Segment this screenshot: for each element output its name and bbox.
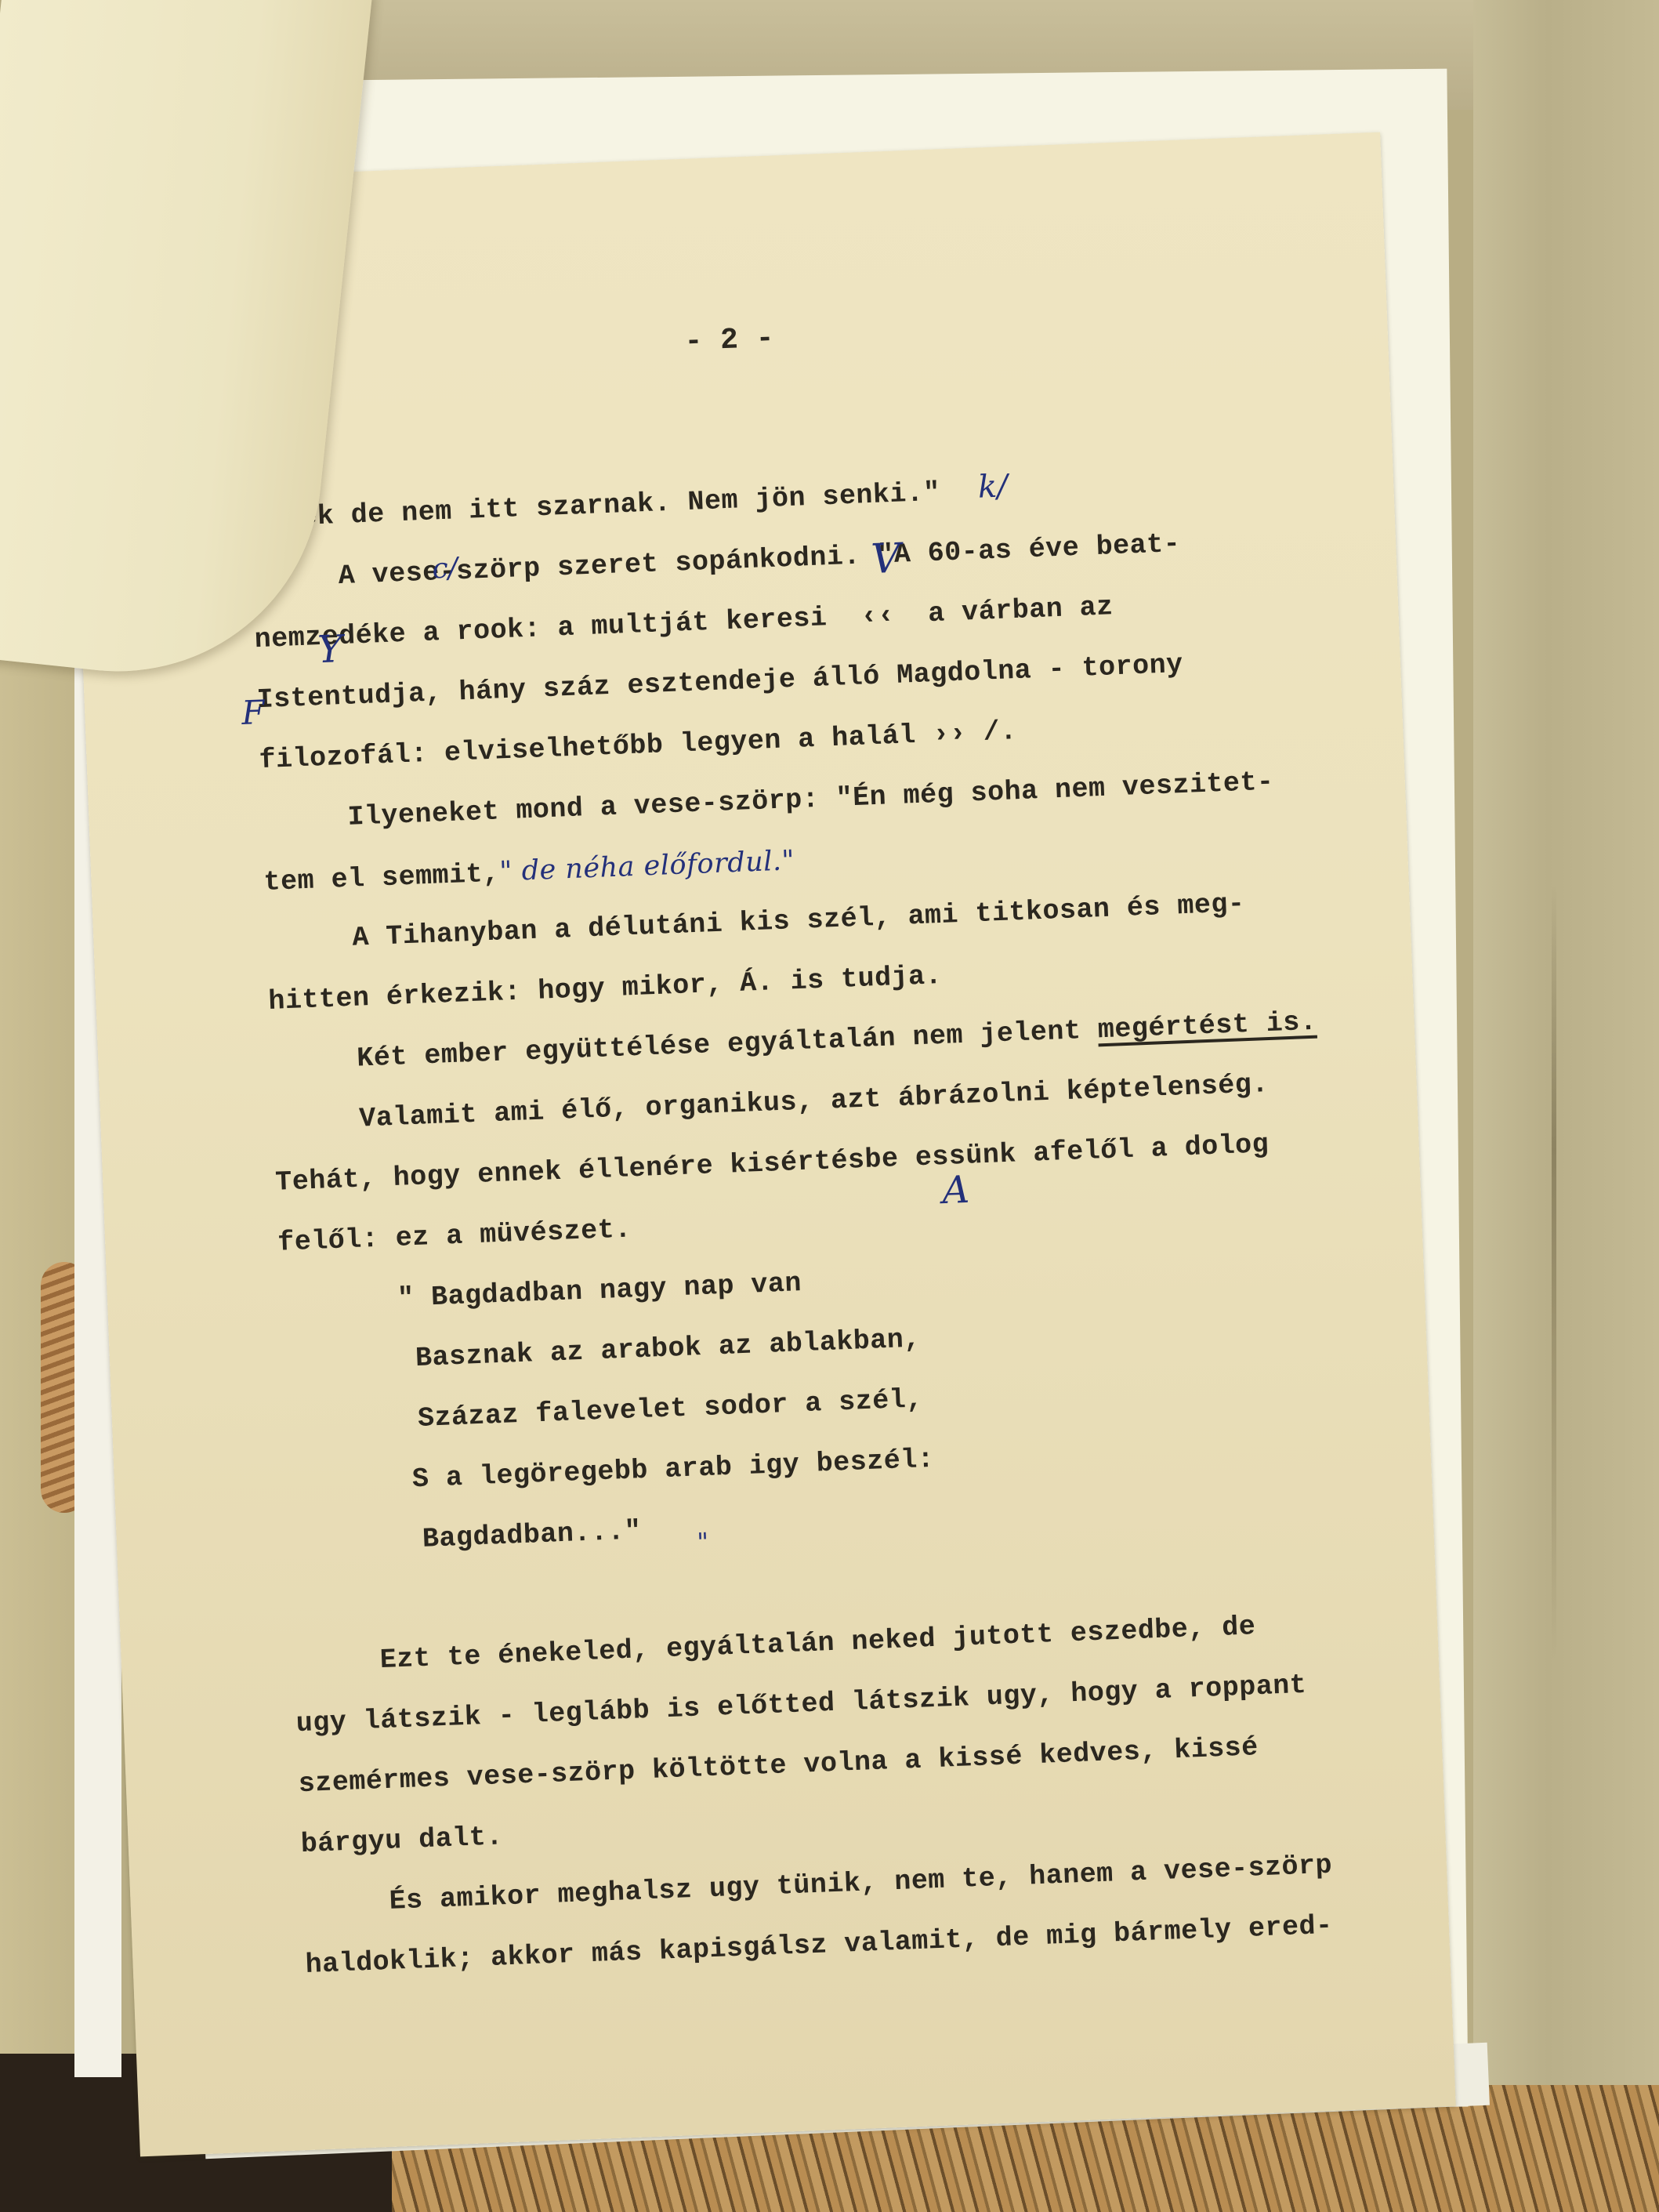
correction-mark-y: Y [317,627,343,672]
typed-text: tem el semmit, [263,858,500,899]
correction-mark-f: F [241,693,265,732]
closing-quote-mark: " [697,1527,709,1557]
correction-mark-c: c/ [432,552,458,585]
correction-mark-v: V [870,535,901,583]
folder-right-flap [1473,0,1659,2212]
page-body: berek de nem itt szarnak. Nem jön senki.… [249,465,1325,2010]
correction-mark-k: k/ [977,468,1008,505]
correction-mark-a: A [941,1168,970,1213]
